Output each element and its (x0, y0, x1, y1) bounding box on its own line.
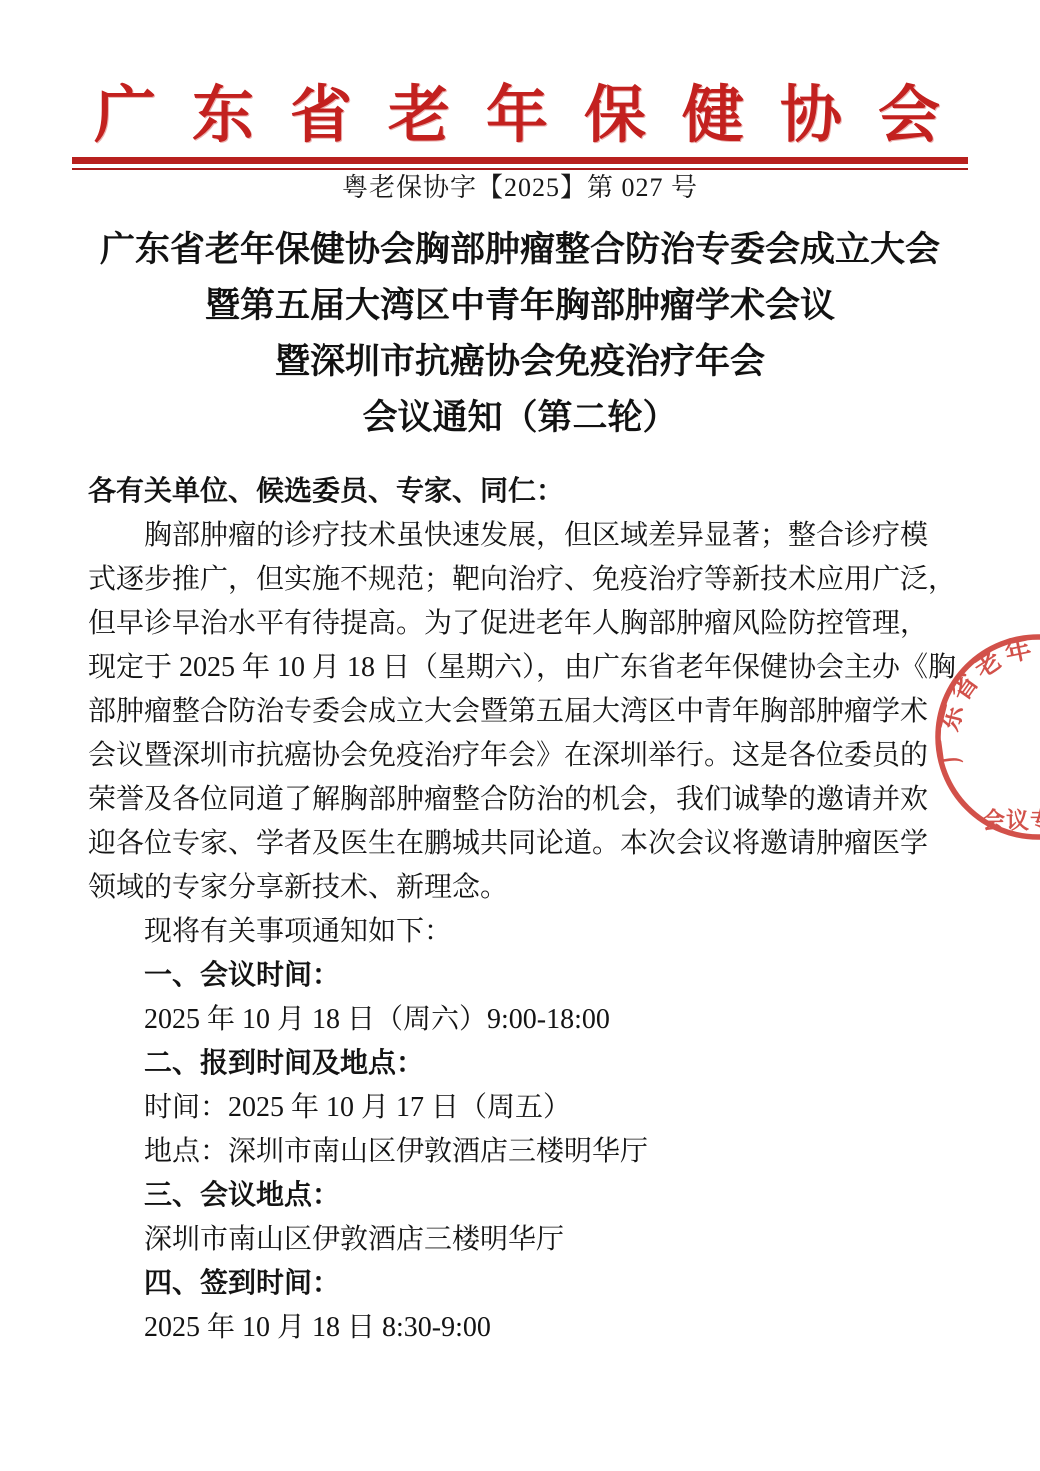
official-stamp: 广东省老年 会议专 (930, 627, 1040, 867)
body-text-line: 地点：深圳市南山区伊敦酒店三楼明华厅 (88, 1130, 956, 1174)
body-text-line: 但早诊早治水平有待提高。为了促进老年人胸部肿瘤风险防控管理， (88, 602, 956, 646)
body-text-line: 2025 年 10 月 18 日 8:30-9:00 (88, 1306, 956, 1350)
document-title-line: 广东省老年保健协会胸部肿瘤整合防治专委会成立大会 (0, 222, 1040, 278)
body-text-line: 四、签到时间： (88, 1262, 956, 1306)
body-text-line: 领域的专家分享新技术、新理念。 (88, 866, 956, 910)
body-text-line: 现定于 2025 年 10 月 18 日（星期六），由广东省老年保健协会主办《胸 (88, 646, 956, 690)
body-text-line: 荣誉及各位同道了解胸部肿瘤整合防治的机会，我们诚挚的邀请并欢 (88, 778, 956, 822)
document-title-line: 暨第五届大湾区中青年胸部肿瘤学术会议 (0, 278, 1040, 334)
stamp-arc-text: 广东省老年 (934, 632, 1038, 766)
document-title-line: 会议通知（第二轮） (0, 390, 1040, 446)
body-text-line: 一、会议时间： (88, 954, 956, 998)
document-title: 广东省老年保健协会胸部肿瘤整合防治专委会成立大会暨第五届大湾区中青年胸部肿瘤学术… (0, 222, 1040, 446)
body-text-line: 会议暨深圳市抗癌协会免疫治疗年会》在深圳举行。这是各位委员的 (88, 734, 956, 778)
body-text-line: 迎各位专家、学者及医生在鹏城共同论道。本次会议将邀请肿瘤医学 (88, 822, 956, 866)
body-text-line: 现将有关事项通知如下： (88, 910, 956, 954)
document-page: 广东省老年保健协会 粤老保协字【2025】第 027 号 广东省老年保健协会胸部… (0, 0, 1040, 1471)
doc-number: 粤老保协字【2025】第 027 号 (0, 172, 1040, 204)
red-separator-line-thin (72, 168, 968, 170)
body-text-line: 胸部肿瘤的诊疗技术虽快速发展，但区域差异显著；整合诊疗模 (88, 514, 956, 558)
body-text-line: 时间：2025 年 10 月 17 日（周五） (88, 1086, 956, 1130)
red-separator-line (72, 157, 968, 164)
org-title: 广东省老年保健协会 (94, 80, 976, 152)
body-text-line: 各有关单位、候选委员、专家、同仁： (88, 470, 956, 514)
document-body: 各有关单位、候选委员、专家、同仁：胸部肿瘤的诊疗技术虽快速发展，但区域差异显著；… (88, 470, 956, 1350)
document-title-line: 暨深圳市抗癌协会免疫治疗年会 (0, 334, 1040, 390)
body-text-line: 式逐步推广，但实施不规范；靶向治疗、免疫治疗等新技术应用广泛， (88, 558, 956, 602)
body-text-line: 二、报到时间及地点： (88, 1042, 956, 1086)
stamp-bottom-text: 会议专 (982, 807, 1040, 833)
body-text-line: 深圳市南山区伊敦酒店三楼明华厅 (88, 1218, 956, 1262)
body-text-line: 2025 年 10 月 18 日（周六）9:00-18:00 (88, 998, 956, 1042)
body-text-line: 三、会议地点： (88, 1174, 956, 1218)
body-text-line: 部肿瘤整合防治专委会成立大会暨第五届大湾区中青年胸部肿瘤学术 (88, 690, 956, 734)
